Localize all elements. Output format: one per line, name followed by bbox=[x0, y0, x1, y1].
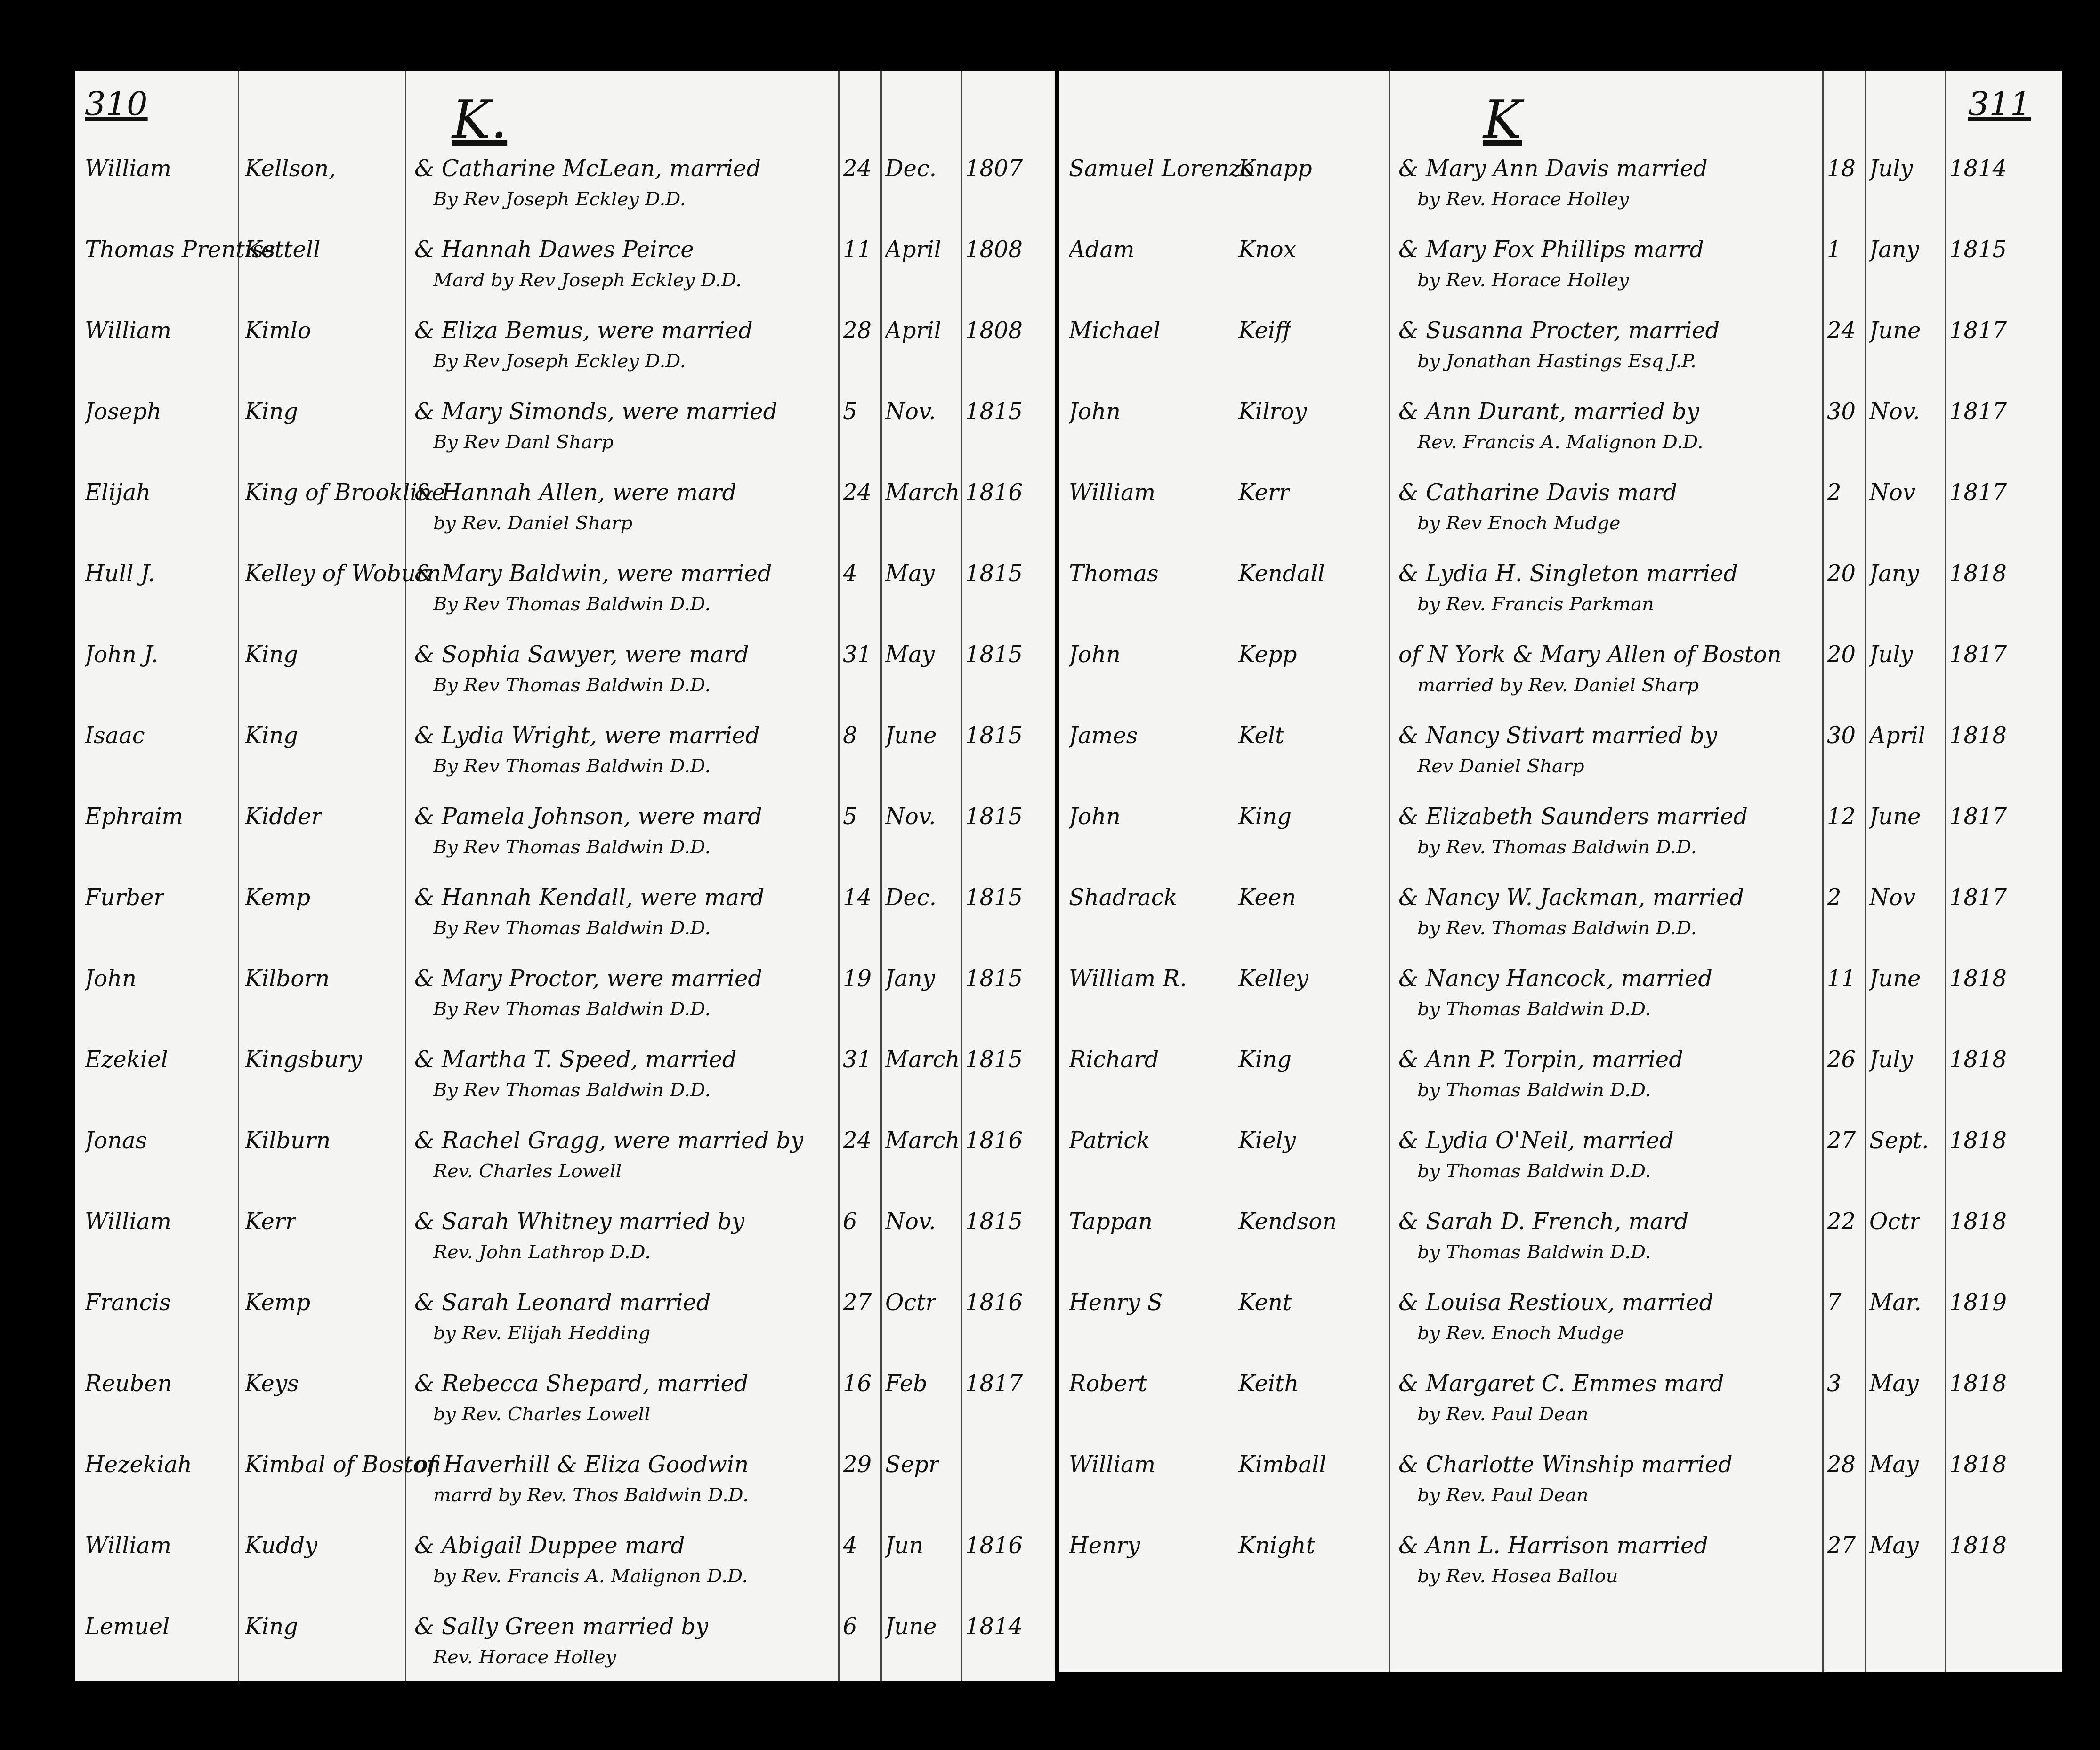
spouse-line: & Margaret C. Emmes mard bbox=[1398, 1370, 1724, 1397]
register-entry: JohnKilroy& Ann Durant, married byRev. F… bbox=[1059, 394, 2062, 475]
year: 1817 bbox=[1949, 641, 2007, 668]
register-entry: HenryKnight& Ann L. Harrison marriedby R… bbox=[1059, 1528, 2062, 1609]
spouse-line: of N York & Mary Allen of Boston bbox=[1398, 641, 1782, 668]
register-entry: Henry SKent& Louisa Restioux, marriedby … bbox=[1059, 1285, 2062, 1366]
day: 12 bbox=[1827, 803, 1856, 830]
year: 1816 bbox=[965, 1127, 1023, 1154]
officiant-line: by Rev. Paul Dean bbox=[1417, 1403, 1589, 1425]
surname: Kingsbury bbox=[245, 1046, 362, 1073]
given-name: William bbox=[85, 1208, 171, 1235]
given-name: James bbox=[1069, 722, 1138, 749]
day: 31 bbox=[843, 641, 872, 668]
register-entry: MichaelKeiff& Susanna Procter, marriedby… bbox=[1059, 313, 2062, 394]
year: 1818 bbox=[1949, 722, 2007, 749]
given-name: Jonas bbox=[85, 1127, 147, 1154]
year: 1819 bbox=[1949, 1289, 2007, 1316]
officiant-line: Rev. Francis A. Malignon D.D. bbox=[1417, 431, 1703, 453]
officiant-line: by Rev. Elijah Hedding bbox=[433, 1322, 650, 1344]
officiant-line: By Rev Danl Sharp bbox=[433, 431, 614, 453]
given-name: William R. bbox=[1069, 965, 1187, 992]
day: 27 bbox=[1827, 1127, 1856, 1154]
register-entry: William R.Kelley& Nancy Hancock, married… bbox=[1059, 961, 2062, 1042]
year: 1815 bbox=[965, 884, 1023, 911]
day: 28 bbox=[1827, 1451, 1856, 1478]
day: 11 bbox=[1827, 965, 1856, 992]
given-name: William bbox=[1069, 1451, 1155, 1478]
surname: Keys bbox=[245, 1370, 299, 1397]
year: 1815 bbox=[965, 803, 1023, 830]
month: Nov bbox=[1869, 479, 1915, 506]
year: 1818 bbox=[1949, 965, 2007, 992]
officiant-line: by Rev. Paul Dean bbox=[1417, 1484, 1589, 1506]
given-name: Lemuel bbox=[85, 1613, 170, 1640]
register-entry: RobertKeith& Margaret C. Emmes mardby Re… bbox=[1059, 1366, 2062, 1447]
month: Jany bbox=[885, 965, 935, 992]
officiant-line: By Rev Thomas Baldwin D.D. bbox=[433, 836, 711, 858]
month: June bbox=[1869, 965, 1921, 992]
given-name: Isaac bbox=[85, 722, 145, 749]
month: Jun bbox=[885, 1532, 923, 1559]
day: 6 bbox=[843, 1613, 857, 1640]
month: June bbox=[885, 722, 937, 749]
year: 1818 bbox=[1949, 1451, 2007, 1478]
year: 1815 bbox=[965, 965, 1023, 992]
given-name: Thomas bbox=[1069, 560, 1159, 587]
given-name: John bbox=[85, 965, 137, 992]
surname: Kelley of Woburn bbox=[245, 560, 441, 587]
month: Octr bbox=[885, 1289, 936, 1316]
register-entry: PatrickKiely& Lydia O'Neil, marriedby Th… bbox=[1059, 1123, 2062, 1204]
page-number: 310 bbox=[85, 85, 148, 123]
given-name: John bbox=[1069, 803, 1121, 830]
month: Sept. bbox=[1869, 1127, 1929, 1154]
officiant-line: by Jonathan Hastings Esq J.P. bbox=[1417, 350, 1696, 372]
register-entry: JohnKing& Elizabeth Saunders marriedby R… bbox=[1059, 799, 2062, 880]
surname: Knapp bbox=[1238, 155, 1312, 182]
officiant-line: by Thomas Baldwin D.D. bbox=[1417, 1079, 1651, 1101]
day: 31 bbox=[843, 1046, 872, 1073]
officiant-line: by Rev. Hosea Ballou bbox=[1417, 1565, 1618, 1587]
surname: Kimball bbox=[1238, 1451, 1326, 1478]
register-entry: AdamKnox& Mary Fox Phillips marrdby Rev.… bbox=[1059, 232, 2062, 313]
entry-list: WilliamKellson,& Catharine McLean, marri… bbox=[75, 151, 1055, 1690]
register-entry: ThomasKendall& Lydia H. Singleton marrie… bbox=[1059, 556, 2062, 637]
spouse-line: & Susanna Procter, married bbox=[1398, 317, 1720, 344]
given-name: John bbox=[1069, 641, 1121, 668]
register-entry: JosephKing& Mary Simonds, were marriedBy… bbox=[75, 394, 1055, 475]
officiant-line: By Rev Thomas Baldwin D.D. bbox=[433, 593, 711, 615]
month: June bbox=[885, 1613, 937, 1640]
surname: Kilborn bbox=[245, 965, 330, 992]
day: 2 bbox=[1827, 884, 1842, 911]
spouse-line: & Ann P. Torpin, married bbox=[1398, 1046, 1683, 1073]
spouse-line: & Hannah Allen, were mard bbox=[414, 479, 736, 506]
spouse-line: & Catharine McLean, married bbox=[414, 155, 761, 182]
spouse-line: & Mary Baldwin, were married bbox=[414, 560, 772, 587]
day: 1 bbox=[1827, 236, 1842, 263]
register-entry: Samuel LorenzoKnapp& Mary Ann Davis marr… bbox=[1059, 151, 2062, 232]
month: Nov. bbox=[885, 803, 936, 830]
left-register-page: 310 K. WilliamKellson,& Catharine McLean… bbox=[75, 71, 1055, 1681]
register-entry: WilliamKellson,& Catharine McLean, marri… bbox=[75, 151, 1055, 232]
surname: Kimlo bbox=[245, 317, 311, 344]
officiant-line: by Rev Enoch Mudge bbox=[1417, 512, 1621, 534]
given-name: Francis bbox=[85, 1289, 171, 1316]
spouse-line: & Rachel Gragg, were married by bbox=[414, 1127, 803, 1154]
month: Feb bbox=[885, 1370, 928, 1397]
month: June bbox=[1869, 317, 1921, 344]
surname: Knox bbox=[1238, 236, 1296, 263]
spouse-line: & Martha T. Speed, married bbox=[414, 1046, 736, 1073]
register-entry: John J.King& Sophia Sawyer, were mardBy … bbox=[75, 637, 1055, 718]
spouse-line: & Hannah Kendall, were mard bbox=[414, 884, 764, 911]
month: Dec. bbox=[885, 155, 937, 182]
surname: Kilroy bbox=[1238, 398, 1307, 425]
officiant-line: By Rev Joseph Eckley D.D. bbox=[433, 188, 686, 210]
day: 5 bbox=[843, 803, 857, 830]
month: May bbox=[1869, 1451, 1919, 1478]
register-entry: WilliamKimlo& Eliza Bemus, were marriedB… bbox=[75, 313, 1055, 394]
officiant-line: by Rev. Daniel Sharp bbox=[433, 512, 632, 534]
year: 1818 bbox=[1949, 1532, 2007, 1559]
spouse-line: of Haverhill & Eliza Goodwin bbox=[414, 1451, 749, 1478]
spouse-line: & Nancy W. Jackman, married bbox=[1398, 884, 1744, 911]
month: April bbox=[885, 236, 941, 263]
surname: Kendall bbox=[1238, 560, 1325, 587]
year: 1814 bbox=[1949, 155, 2007, 182]
surname: Kettell bbox=[245, 236, 321, 263]
officiant-line: Rev. Horace Holley bbox=[433, 1646, 616, 1668]
year: 1818 bbox=[1949, 1046, 2007, 1073]
officiant-line: by Rev. Thomas Baldwin D.D. bbox=[1417, 836, 1696, 858]
surname: Knight bbox=[1238, 1532, 1315, 1559]
spouse-line: & Eliza Bemus, were married bbox=[414, 317, 753, 344]
officiant-line: Rev. John Lathrop D.D. bbox=[433, 1241, 651, 1263]
day: 4 bbox=[843, 1532, 857, 1559]
officiant-line: By Rev Thomas Baldwin D.D. bbox=[433, 1079, 711, 1101]
spouse-line: & Ann Durant, married by bbox=[1398, 398, 1699, 425]
given-name: William bbox=[85, 1532, 171, 1559]
year: 1817 bbox=[1949, 884, 2007, 911]
section-letter: K. bbox=[452, 89, 507, 150]
month: Jany bbox=[1869, 560, 1919, 587]
year: 1818 bbox=[1949, 560, 2007, 587]
register-entry: Hull J.Kelley of Woburn& Mary Baldwin, w… bbox=[75, 556, 1055, 637]
spouse-line: & Sophia Sawyer, were mard bbox=[414, 641, 749, 668]
entry-list: Samuel LorenzoKnapp& Mary Ann Davis marr… bbox=[1059, 151, 2062, 1609]
given-name: Richard bbox=[1069, 1046, 1159, 1073]
spouse-line: & Elizabeth Saunders married bbox=[1398, 803, 1748, 830]
day: 27 bbox=[1827, 1532, 1856, 1559]
surname: Kepp bbox=[1238, 641, 1297, 668]
spouse-line: & Ann L. Harrison married bbox=[1398, 1532, 1708, 1559]
given-name: Hull J. bbox=[85, 560, 155, 587]
month: Nov. bbox=[1869, 398, 1920, 425]
given-name: Samuel Lorenzo bbox=[1069, 155, 1254, 182]
month: Nov bbox=[1869, 884, 1915, 911]
officiant-line: By Rev Thomas Baldwin D.D. bbox=[433, 755, 711, 777]
month: July bbox=[1869, 1046, 1913, 1073]
surname: Kuddy bbox=[245, 1532, 317, 1559]
month: April bbox=[1869, 722, 1925, 749]
month: Dec. bbox=[885, 884, 937, 911]
register-entry: ElijahKing of Brookline& Hannah Allen, w… bbox=[75, 475, 1055, 556]
given-name: Patrick bbox=[1069, 1127, 1150, 1154]
day: 14 bbox=[843, 884, 872, 911]
spouse-line: & Sally Green married by bbox=[414, 1613, 708, 1640]
surname: Keen bbox=[1238, 884, 1296, 911]
register-entry: WilliamKuddy& Abigail Duppee mardby Rev.… bbox=[75, 1528, 1055, 1609]
officiant-line: by Rev. Thomas Baldwin D.D. bbox=[1417, 917, 1696, 939]
year: 1817 bbox=[1949, 398, 2007, 425]
day: 26 bbox=[1827, 1046, 1856, 1073]
month: May bbox=[885, 641, 935, 668]
given-name: John bbox=[1069, 398, 1121, 425]
year: 1808 bbox=[965, 236, 1023, 263]
day: 24 bbox=[1827, 317, 1856, 344]
surname: Kilburn bbox=[245, 1127, 331, 1154]
spouse-line: & Catharine Davis mard bbox=[1398, 479, 1677, 506]
given-name: Ezekiel bbox=[85, 1046, 168, 1073]
right-register-page: 311 K Samuel LorenzoKnapp& Mary Ann Davi… bbox=[1059, 71, 2062, 1672]
officiant-line: married by Rev. Daniel Sharp bbox=[1417, 674, 1699, 696]
register-entry: IsaacKing& Lydia Wright, were marriedBy … bbox=[75, 718, 1055, 799]
year: 1818 bbox=[1949, 1370, 2007, 1397]
year: 1815 bbox=[965, 398, 1023, 425]
spouse-line: & Hannah Dawes Peirce bbox=[414, 236, 694, 263]
officiant-line: Mard by Rev Joseph Eckley D.D. bbox=[433, 269, 742, 291]
given-name: John J. bbox=[85, 641, 158, 668]
day: 30 bbox=[1827, 722, 1856, 749]
spouse-line: & Mary Fox Phillips marrd bbox=[1398, 236, 1704, 263]
register-entry: RichardKing& Ann P. Torpin, marriedby Th… bbox=[1059, 1042, 2062, 1123]
given-name: Elijah bbox=[85, 479, 151, 506]
month: May bbox=[885, 560, 935, 587]
spouse-line: & Pamela Johnson, were mard bbox=[414, 803, 762, 830]
day: 30 bbox=[1827, 398, 1856, 425]
given-name: Michael bbox=[1069, 317, 1161, 344]
spouse-line: & Sarah Leonard married bbox=[414, 1289, 711, 1316]
year: 1814 bbox=[965, 1613, 1023, 1640]
month: April bbox=[885, 317, 941, 344]
given-name: Ephraim bbox=[85, 803, 183, 830]
year: 1815 bbox=[965, 560, 1023, 587]
day: 4 bbox=[843, 560, 857, 587]
page-number: 311 bbox=[1968, 85, 2031, 123]
day: 7 bbox=[1827, 1289, 1842, 1316]
day: 18 bbox=[1827, 155, 1856, 182]
section-letter: K bbox=[1483, 89, 1522, 150]
register-entry: EzekielKingsbury& Martha T. Speed, marri… bbox=[75, 1042, 1055, 1123]
month: Sepr bbox=[885, 1451, 939, 1478]
spouse-line: & Lydia O'Neil, married bbox=[1398, 1127, 1674, 1154]
year: 1817 bbox=[1949, 803, 2007, 830]
register-entry: FurberKemp& Hannah Kendall, were mardBy … bbox=[75, 880, 1055, 961]
surname: Kerr bbox=[245, 1208, 296, 1235]
spouse-line: & Mary Proctor, were married bbox=[414, 965, 762, 992]
day: 19 bbox=[843, 965, 872, 992]
month: May bbox=[1869, 1370, 1919, 1397]
year: 1815 bbox=[1949, 236, 2007, 263]
year: 1815 bbox=[965, 1046, 1023, 1073]
given-name: William bbox=[85, 317, 171, 344]
surname: King bbox=[245, 398, 298, 425]
month: May bbox=[1869, 1532, 1919, 1559]
officiant-line: by Rev. Charles Lowell bbox=[433, 1403, 650, 1425]
officiant-line: by Rev. Francis Parkman bbox=[1417, 593, 1654, 615]
day: 2 bbox=[1827, 479, 1842, 506]
officiant-line: by Thomas Baldwin D.D. bbox=[1417, 1241, 1651, 1263]
given-name: Henry S bbox=[1069, 1289, 1163, 1316]
officiant-line: by Rev. Francis A. Malignon D.D. bbox=[433, 1565, 748, 1587]
day: 8 bbox=[843, 722, 857, 749]
year: 1816 bbox=[965, 479, 1023, 506]
register-entry: WilliamKerr& Sarah Whitney married byRev… bbox=[75, 1204, 1055, 1285]
surname: Keiff bbox=[1238, 317, 1291, 344]
given-name: Robert bbox=[1069, 1370, 1147, 1397]
officiant-line: Rev Daniel Sharp bbox=[1417, 755, 1584, 777]
register-entry: JohnKeppof N York & Mary Allen of Boston… bbox=[1059, 637, 2062, 718]
surname: Kemp bbox=[245, 884, 310, 911]
day: 6 bbox=[843, 1208, 857, 1235]
given-name: Shadrack bbox=[1069, 884, 1178, 911]
given-name: Henry bbox=[1069, 1532, 1140, 1559]
month: Mar. bbox=[1869, 1289, 1922, 1316]
given-name: Tappan bbox=[1069, 1208, 1153, 1235]
year: 1817 bbox=[1949, 317, 2007, 344]
surname: King bbox=[1238, 1046, 1292, 1073]
register-entry: WilliamKimball& Charlotte Winship marrie… bbox=[1059, 1447, 2062, 1528]
officiant-line: by Rev. Horace Holley bbox=[1417, 188, 1629, 210]
register-entry: ReubenKeys& Rebecca Shepard, marriedby R… bbox=[75, 1366, 1055, 1447]
spouse-line: & Lydia H. Singleton married bbox=[1398, 560, 1738, 587]
officiant-line: By Rev Joseph Eckley D.D. bbox=[433, 350, 686, 372]
surname: King bbox=[245, 641, 298, 668]
day: 22 bbox=[1827, 1208, 1856, 1235]
surname: Kelt bbox=[1238, 722, 1284, 749]
register-entry: WilliamKerr& Catharine Davis mardby Rev … bbox=[1059, 475, 2062, 556]
spouse-line: & Nancy Hancock, married bbox=[1398, 965, 1712, 992]
month: March bbox=[885, 479, 960, 506]
day: 3 bbox=[1827, 1370, 1842, 1397]
month: Nov. bbox=[885, 1208, 936, 1235]
surname: Kent bbox=[1238, 1289, 1292, 1316]
officiant-line: By Rev Thomas Baldwin D.D. bbox=[433, 674, 711, 696]
year: 1808 bbox=[965, 317, 1023, 344]
spouse-line: & Sarah D. French, mard bbox=[1398, 1208, 1688, 1235]
day: 27 bbox=[843, 1289, 872, 1316]
month: Jany bbox=[1869, 236, 1919, 263]
month: Octr bbox=[1869, 1208, 1920, 1235]
officiant-line: marrd by Rev. Thos Baldwin D.D. bbox=[433, 1484, 749, 1506]
officiant-line: By Rev Thomas Baldwin D.D. bbox=[433, 917, 711, 939]
month: March bbox=[885, 1127, 960, 1154]
surname: King bbox=[245, 1613, 298, 1640]
year: 1815 bbox=[965, 1208, 1023, 1235]
surname: Kidder bbox=[245, 803, 322, 830]
officiant-line: Rev. Charles Lowell bbox=[433, 1160, 622, 1182]
officiant-line: By Rev Thomas Baldwin D.D. bbox=[433, 998, 711, 1020]
given-name: Furber bbox=[85, 884, 164, 911]
surname: Keith bbox=[1238, 1370, 1299, 1397]
spouse-line: & Lydia Wright, were married bbox=[414, 722, 760, 749]
officiant-line: by Rev. Enoch Mudge bbox=[1417, 1322, 1624, 1344]
surname: Kimbal of Boston bbox=[245, 1451, 441, 1478]
month: June bbox=[1869, 803, 1921, 830]
day: 5 bbox=[843, 398, 857, 425]
given-name: William bbox=[1069, 479, 1155, 506]
surname: Kiely bbox=[1238, 1127, 1296, 1154]
day: 24 bbox=[843, 1127, 872, 1154]
given-name: William bbox=[85, 155, 171, 182]
given-name: Adam bbox=[1069, 236, 1135, 263]
officiant-line: by Thomas Baldwin D.D. bbox=[1417, 998, 1651, 1020]
register-entry: JamesKelt& Nancy Stivart married byRev D… bbox=[1059, 718, 2062, 799]
day: 28 bbox=[843, 317, 872, 344]
month: July bbox=[1869, 641, 1913, 668]
year: 1818 bbox=[1949, 1208, 2007, 1235]
year: 1816 bbox=[965, 1532, 1023, 1559]
day: 20 bbox=[1827, 560, 1856, 587]
register-entry: FrancisKemp& Sarah Leonard marriedby Rev… bbox=[75, 1285, 1055, 1366]
year: 1807 bbox=[965, 155, 1023, 182]
surname: King bbox=[245, 722, 298, 749]
year: 1815 bbox=[965, 722, 1023, 749]
spouse-line: & Rebecca Shepard, married bbox=[414, 1370, 749, 1397]
given-name: Joseph bbox=[85, 398, 162, 425]
register-entry: JonasKilburn& Rachel Gragg, were married… bbox=[75, 1123, 1055, 1204]
spouse-line: & Nancy Stivart married by bbox=[1398, 722, 1717, 749]
month: Nov. bbox=[885, 398, 936, 425]
register-entry: HezekiahKimbal of Bostonof Haverhill & E… bbox=[75, 1447, 1055, 1528]
officiant-line: by Thomas Baldwin D.D. bbox=[1417, 1160, 1651, 1182]
register-entry: LemuelKing& Sally Green married byRev. H… bbox=[75, 1609, 1055, 1690]
year: 1815 bbox=[965, 641, 1023, 668]
spouse-line: & Abigail Duppee mard bbox=[414, 1532, 685, 1559]
year: 1817 bbox=[1949, 479, 2007, 506]
surname: Kemp bbox=[245, 1289, 310, 1316]
register-entry: TappanKendson& Sarah D. French, mardby T… bbox=[1059, 1204, 2062, 1285]
day: 20 bbox=[1827, 641, 1856, 668]
month: July bbox=[1869, 155, 1913, 182]
surname: Kelley bbox=[1238, 965, 1308, 992]
year: 1816 bbox=[965, 1289, 1023, 1316]
spouse-line: & Sarah Whitney married by bbox=[414, 1208, 744, 1235]
surname: Kerr bbox=[1238, 479, 1290, 506]
year: 1817 bbox=[965, 1370, 1023, 1397]
register-entry: ShadrackKeen& Nancy W. Jackman, marriedb… bbox=[1059, 880, 2062, 961]
given-name: Reuben bbox=[85, 1370, 172, 1397]
year: 1818 bbox=[1949, 1127, 2007, 1154]
surname: Kellson, bbox=[245, 155, 336, 182]
day: 29 bbox=[843, 1451, 872, 1478]
register-entry: JohnKilborn& Mary Proctor, were marriedB… bbox=[75, 961, 1055, 1042]
spouse-line: & Mary Simonds, were married bbox=[414, 398, 777, 425]
spouse-line: & Mary Ann Davis married bbox=[1398, 155, 1708, 182]
given-name: Hezekiah bbox=[85, 1451, 192, 1478]
officiant-line: by Rev. Horace Holley bbox=[1417, 269, 1629, 291]
spouse-line: & Louisa Restioux, married bbox=[1398, 1289, 1713, 1316]
day: 24 bbox=[843, 479, 872, 506]
day: 16 bbox=[843, 1370, 872, 1397]
surname: King bbox=[1238, 803, 1292, 830]
register-entry: EphraimKidder& Pamela Johnson, were mard… bbox=[75, 799, 1055, 880]
surname: Kendson bbox=[1238, 1208, 1337, 1235]
day: 11 bbox=[843, 236, 872, 263]
register-entry: Thomas PrentissKettell& Hannah Dawes Pei… bbox=[75, 232, 1055, 313]
month: March bbox=[885, 1046, 960, 1073]
day: 24 bbox=[843, 155, 872, 182]
